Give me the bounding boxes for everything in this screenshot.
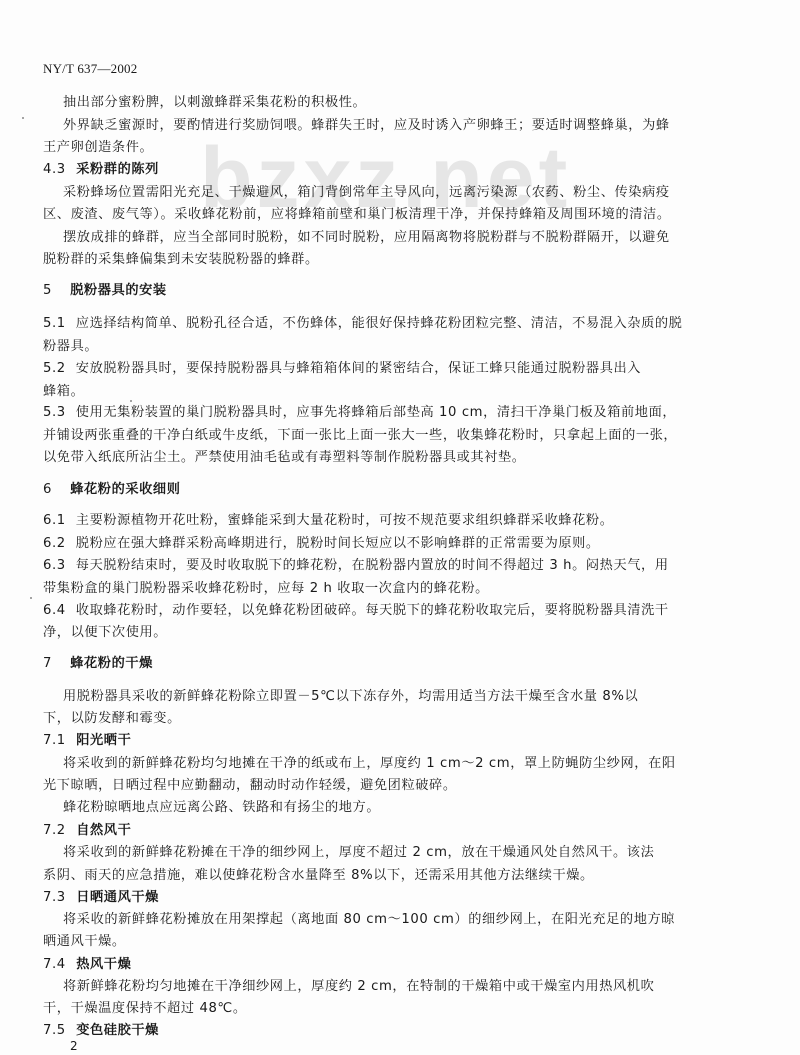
clause-5-2: 5.2 安放脱粉器具时，要保持脱粉器具与蜂箱箱体间的紧密结合，保证工蜂只能通过脱… [43, 360, 641, 378]
clause-number: 6.4 [43, 602, 71, 620]
heading-title: 蜂花粉的干燥 [70, 656, 153, 671]
heading-title: 蜂花粉的采收细则 [70, 482, 180, 497]
subsection-heading-7-2: 7.2 自然风干 [43, 822, 131, 840]
section-heading-6: 6 蜂花粉的采收细则 [43, 481, 181, 499]
clause-text: 安放脱粉器具时，要保持脱粉器具与蜂箱箱体间的紧密结合，保证工蜂只能通过脱粉器具出… [76, 361, 641, 376]
paragraph-line: 区、废渣、废气等）。采收蜂花粉前，应将蜂箱前壁和巢门板清理干净，并保持蜂箱及周围… [43, 206, 671, 224]
clause-number: 5.3 [43, 404, 71, 422]
paragraph-line: 晒通风干燥。 [43, 933, 126, 951]
clause-6-1: 6.1 主要粉源植物开花吐粉，蜜蜂能采到大量花粉时，可按不规范要求组织蜂群采收蜂… [43, 512, 614, 530]
paragraph-line: 下，以防发酵和霉变。 [43, 710, 181, 728]
heading-title: 变色硅胶干燥 [76, 1023, 159, 1038]
heading-title: 阳光晒干 [76, 733, 131, 748]
clause-6-3: 6.3 每天脱粉结束时，要及时收取脱下的蜂花粉，在脱粉器内置放的时间不得超过 3… [43, 557, 669, 575]
heading-number: 7 [43, 655, 65, 673]
scan-speck [130, 400, 132, 402]
clause-5-1: 5.1 应选择结构简单、脱粉孔径合适，不伤蜂体，能很好保持蜂花粉团粒完整、清洁，… [43, 315, 682, 333]
heading-number: 6 [43, 481, 65, 499]
paragraph-line: 脱粉群的采集蜂偏集到未安装脱粉器的蜂群。 [43, 251, 319, 269]
paragraph-line: 带集粉盒的巢门脱粉器采收蜂花粉时，应每 2 h 收取一次盒内的蜂花粉。 [43, 580, 489, 598]
clause-text: 收取蜂花粉时，动作要轻，以免蜂花粉团破碎。每天脱下的蜂花粉收取完后，要将脱粉器具… [76, 603, 669, 618]
paragraph-line: 净，以便下次使用。 [43, 624, 167, 642]
heading-title: 采粉群的陈列 [76, 162, 159, 177]
clause-number: 5.2 [43, 360, 71, 378]
heading-number: 5 [43, 282, 65, 300]
clause-text: 主要粉源植物开花吐粉，蜜蜂能采到大量花粉时，可按不规范要求组织蜂群采收蜂花粉。 [76, 513, 614, 528]
standard-code-header: NY/T 637—2002 [43, 60, 137, 78]
subsection-heading-7-4: 7.4 热风干燥 [43, 956, 131, 974]
subsection-heading-7-5: 7.5 变色硅胶干燥 [43, 1022, 159, 1040]
heading-number: 7.4 [43, 956, 71, 974]
section-heading-5: 5 脱粉器具的安装 [43, 282, 167, 300]
clause-number: 6.2 [43, 535, 71, 553]
clause-number: 6.1 [43, 512, 71, 530]
heading-title: 脱粉器具的安装 [70, 283, 167, 298]
scan-speck [22, 117, 24, 119]
paragraph-line: 用脱粉器具采收的新鲜蜂花粉除立即置－5℃以下冻存外，均需用适当方法干燥至含水量 … [63, 688, 638, 706]
clause-text: 使用无集粉装置的巢门脱粉器具时，应事先将蜂箱后部垫高 10 cm，清扫干净巢门板… [76, 405, 676, 420]
paragraph-line: 以免带入纸底所沾尘土。严禁使用油毛毡或有毒塑料等制作脱粉器具或其衬垫。 [43, 449, 526, 467]
clause-text: 每天脱粉结束时，要及时收取脱下的蜂花粉，在脱粉器内置放的时间不得超过 3 h。闷… [76, 558, 669, 573]
section-heading-7: 7 蜂花粉的干燥 [43, 655, 153, 673]
document-page: bzxz.net NY/T 637—2002 抽出部分蜜粉脾，以刺激蜂群采集花粉… [0, 0, 800, 1055]
paragraph-line: 采粉蜂场位置需阳光充足、干燥避风，箱门背倒常年主导风向，远离污染源（农药、粉尘、… [63, 184, 670, 202]
paragraph-line: 王产卵创造条件。 [43, 139, 153, 157]
paragraph-line: 光下晾晒，日晒过程中应勤翻动，翻动时动作轻缓，避免团粒破碎。 [43, 777, 457, 795]
subsection-heading-4-3: 4.3 采粉群的陈列 [43, 161, 159, 179]
heading-title: 热风干燥 [76, 957, 131, 972]
subsection-heading-7-1: 7.1 阳光晒干 [43, 732, 131, 750]
heading-number: 7.2 [43, 822, 71, 840]
heading-title: 自然风干 [76, 823, 131, 838]
clause-5-3: 5.3 使用无集粉装置的巢门脱粉器具时，应事先将蜂箱后部垫高 10 cm，清扫干… [43, 404, 676, 422]
paragraph-line: 将采收到的新鲜蜂花粉均匀地摊在干净的纸或布上，厚度约 1 cm～2 cm，罩上防… [63, 755, 676, 773]
heading-number: 7.1 [43, 732, 71, 750]
clause-6-2: 6.2 脱粉应在强大蜂群采粉高峰期进行，脱粉时间长短应以不影响蜂群的正常需要为原… [43, 535, 600, 553]
paragraph-line: 外界缺乏蜜源时，要酌情进行奖励饲喂。蜂群失王时，应及时诱入产卵蜂王；要适时调整蜂… [63, 117, 670, 135]
scan-speck [30, 597, 32, 599]
heading-number: 7.3 [43, 889, 71, 907]
clause-text: 脱粉应在强大蜂群采粉高峰期进行，脱粉时间长短应以不影响蜂群的正常需要为原则。 [76, 536, 600, 551]
paragraph-line: 并铺设两张重叠的干净白纸或牛皮纸，下面一张比上面一张大一些，收集蜂花粉时，只拿起… [43, 427, 677, 445]
paragraph-line: 粉器具。 [43, 338, 98, 356]
clause-text: 应选择结构简单、脱粉孔径合适，不伤蜂体，能很好保持蜂花粉团粒完整、清洁，不易混入… [76, 316, 683, 331]
heading-number: 7.5 [43, 1022, 71, 1040]
clause-6-4: 6.4 收取蜂花粉时，动作要轻，以免蜂花粉团破碎。每天脱下的蜂花粉收取完后，要将… [43, 602, 669, 620]
subsection-heading-7-3: 7.3 日晒通风干燥 [43, 889, 159, 907]
paragraph-line: 抽出部分蜜粉脾，以刺激蜂群采集花粉的积极性。 [63, 94, 366, 112]
paragraph-line: 蜂箱。 [43, 383, 84, 401]
paragraph-line: 系阴、雨天的应急措施，难以使蜂花粉含水量降至 8%以下，还需采用其他方法继续干燥… [43, 867, 594, 885]
paragraph-line: 将采收的新鲜蜂花粉摊放在用架撑起（离地面 80 cm～100 cm）的细纱网上，… [63, 911, 675, 929]
paragraph-line: 将采收到的新鲜蜂花粉摊在干净的细纱网上，厚度不超过 2 cm，放在干燥通风处自然… [63, 844, 654, 862]
paragraph-line: 将新鲜蜂花粉均匀地摊在干净细纱网上，厚度约 2 cm，在特制的干燥箱中或干燥室内… [63, 978, 654, 996]
heading-number: 4.3 [43, 161, 71, 179]
clause-number: 6.3 [43, 557, 71, 575]
paragraph-line: 蜂花粉晾晒地点应远离公路、铁路和有扬尘的地方。 [63, 799, 380, 817]
clause-number: 5.1 [43, 315, 71, 333]
heading-title: 日晒通风干燥 [76, 890, 159, 905]
paragraph-line: 干，干燥温度保持不超过 48℃。 [43, 1000, 247, 1018]
page-number: 2 [70, 1038, 78, 1054]
paragraph-line: 摆放成排的蜂群，应当全部同时脱粉，如不同时脱粉，应用隔离物将脱粉群与不脱粉群隔开… [63, 229, 670, 247]
